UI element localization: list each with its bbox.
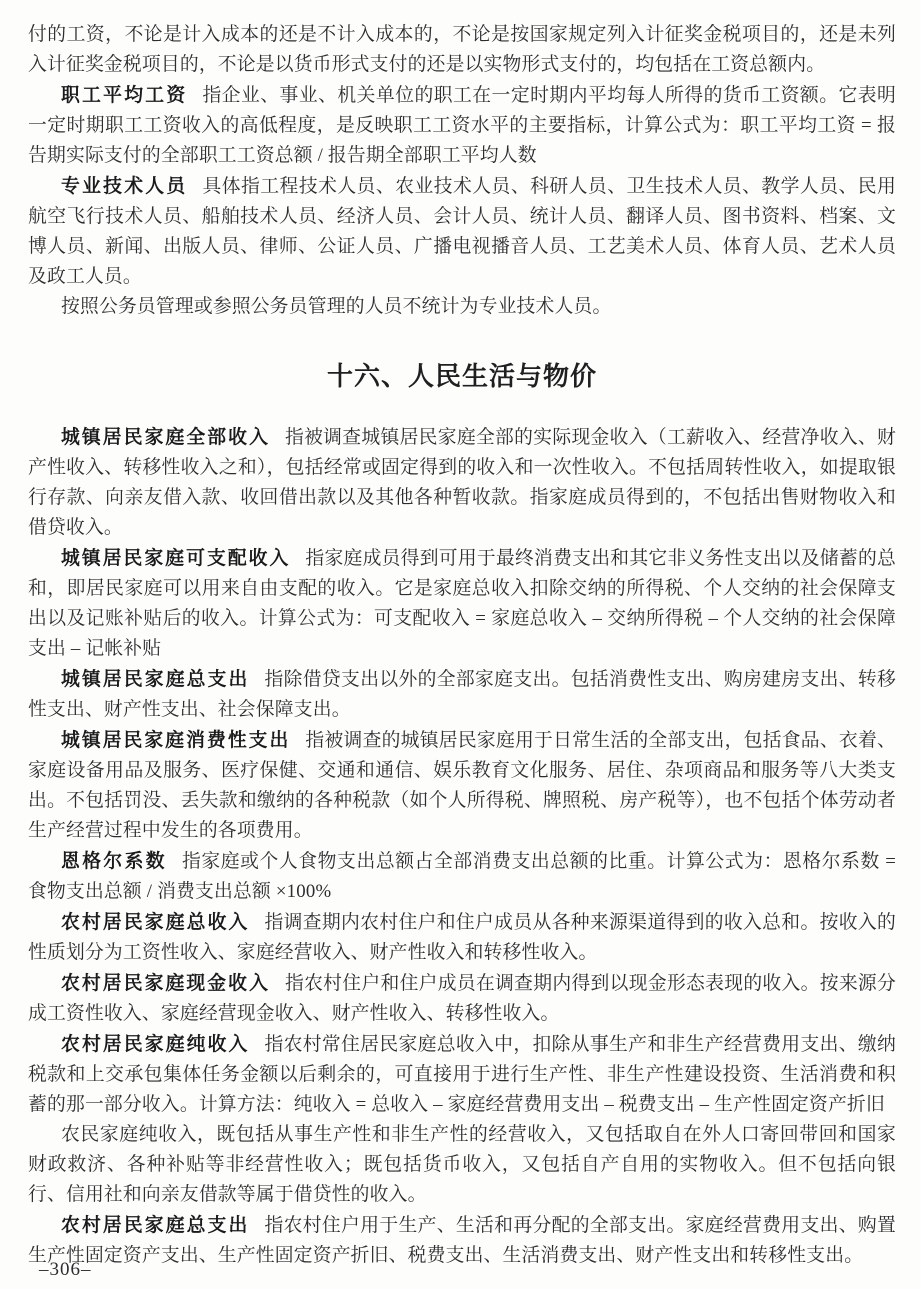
- definition-paragraph: 农村居民家庭总收入指调查期内农村住户和住户成员从各种来源渠道得到的收入总和。按收…: [28, 907, 896, 968]
- definition-paragraph: 专业技术人员具体指工程技术人员、农业技术人员、科研人员、卫生技术人员、教学人员、…: [28, 171, 896, 292]
- term-label: 城镇居民家庭消费性支出: [61, 729, 290, 750]
- term-label: 城镇居民家庭全部收入: [61, 426, 270, 447]
- definition-paragraph: 恩格尔系数指家庭或个人食物支出总额占全部消费支出总额的比重。计算公式为：恩格尔系…: [28, 846, 896, 907]
- definition-text: 农民家庭纯收入，既包括从事生产性和非生产性的经营收入，又包括取自在外人口寄回带回…: [28, 1124, 896, 1205]
- definition-paragraph: 付的工资，不论是计入成本的还是不计入成本的，不论是按国家规定列入计征奖金税项目的…: [28, 20, 896, 80]
- term-label: 城镇居民家庭可支配收入: [61, 547, 290, 568]
- page-number: –306–: [39, 1258, 92, 1282]
- definition-paragraph: 城镇居民家庭全部收入指被调查城镇居民家庭全部的实际现金收入（工薪收入、经营净收入…: [28, 422, 896, 543]
- document-page: 付的工资，不论是计入成本的还是不计入成本的，不论是按国家规定列入计征奖金税项目的…: [0, 0, 921, 1289]
- term-label: 城镇居民家庭总支出: [61, 668, 249, 689]
- definition-paragraph: 农村居民家庭现金收入指农村住户和住户成员在调查期内得到以现金形态表现的收入。按来…: [28, 968, 896, 1029]
- definition-paragraph: 农民家庭纯收入，既包括从事生产性和非生产性的经营收入，又包括取自在外人口寄回带回…: [28, 1120, 896, 1210]
- term-label: 农村居民家庭总收入: [61, 911, 249, 932]
- definition-paragraph: 城镇居民家庭消费性支出指被调查的城镇居民家庭用于日常生活的全部支出，包括食品、衣…: [28, 725, 896, 846]
- definition-paragraph: 农村居民家庭总支出指农村住户用于生产、生活和再分配的全部支出。家庭经营费用支出、…: [28, 1210, 896, 1271]
- wages-section-continuation: 付的工资，不论是计入成本的还是不计入成本的，不论是按国家规定列入计征奖金税项目的…: [28, 20, 896, 322]
- definition-paragraph: 职工平均工资指企业、事业、机关单位的职工在一定时期内平均每人所得的货币工资额。它…: [28, 80, 896, 171]
- term-label: 专业技术人员: [61, 175, 187, 196]
- definition-paragraph: 城镇居民家庭可支配收入指家庭成员得到可用于最终消费支出和其它非义务性支出以及储蓄…: [28, 543, 896, 664]
- living-and-prices-section: 城镇居民家庭全部收入指被调查城镇居民家庭全部的实际现金收入（工薪收入、经营净收入…: [28, 422, 896, 1271]
- definition-paragraph: 农村居民家庭纯收入指农村常住居民家庭总收入中，扣除从事生产和非生产经营费用支出、…: [28, 1029, 896, 1120]
- term-label: 职工平均工资: [61, 84, 187, 105]
- definition-text: 付的工资，不论是计入成本的还是不计入成本的，不论是按国家规定列入计征奖金税项目的…: [28, 24, 896, 75]
- definition-paragraph: 按照公务员管理或参照公务员管理的人员不统计为专业技术人员。: [28, 292, 896, 322]
- term-label: 农村居民家庭纯收入: [61, 1033, 249, 1054]
- term-label: 农村居民家庭总支出: [61, 1214, 249, 1235]
- definition-paragraph: 城镇居民家庭总支出指除借贷支出以外的全部家庭支出。包括消费性支出、购房建房支出、…: [28, 664, 896, 725]
- term-label: 恩格尔系数: [61, 850, 167, 871]
- definition-text: 按照公务员管理或参照公务员管理的人员不统计为专业技术人员。: [61, 296, 611, 317]
- term-label: 农村居民家庭现金收入: [61, 972, 270, 993]
- section-heading: 十六、人民生活与物价: [28, 356, 896, 396]
